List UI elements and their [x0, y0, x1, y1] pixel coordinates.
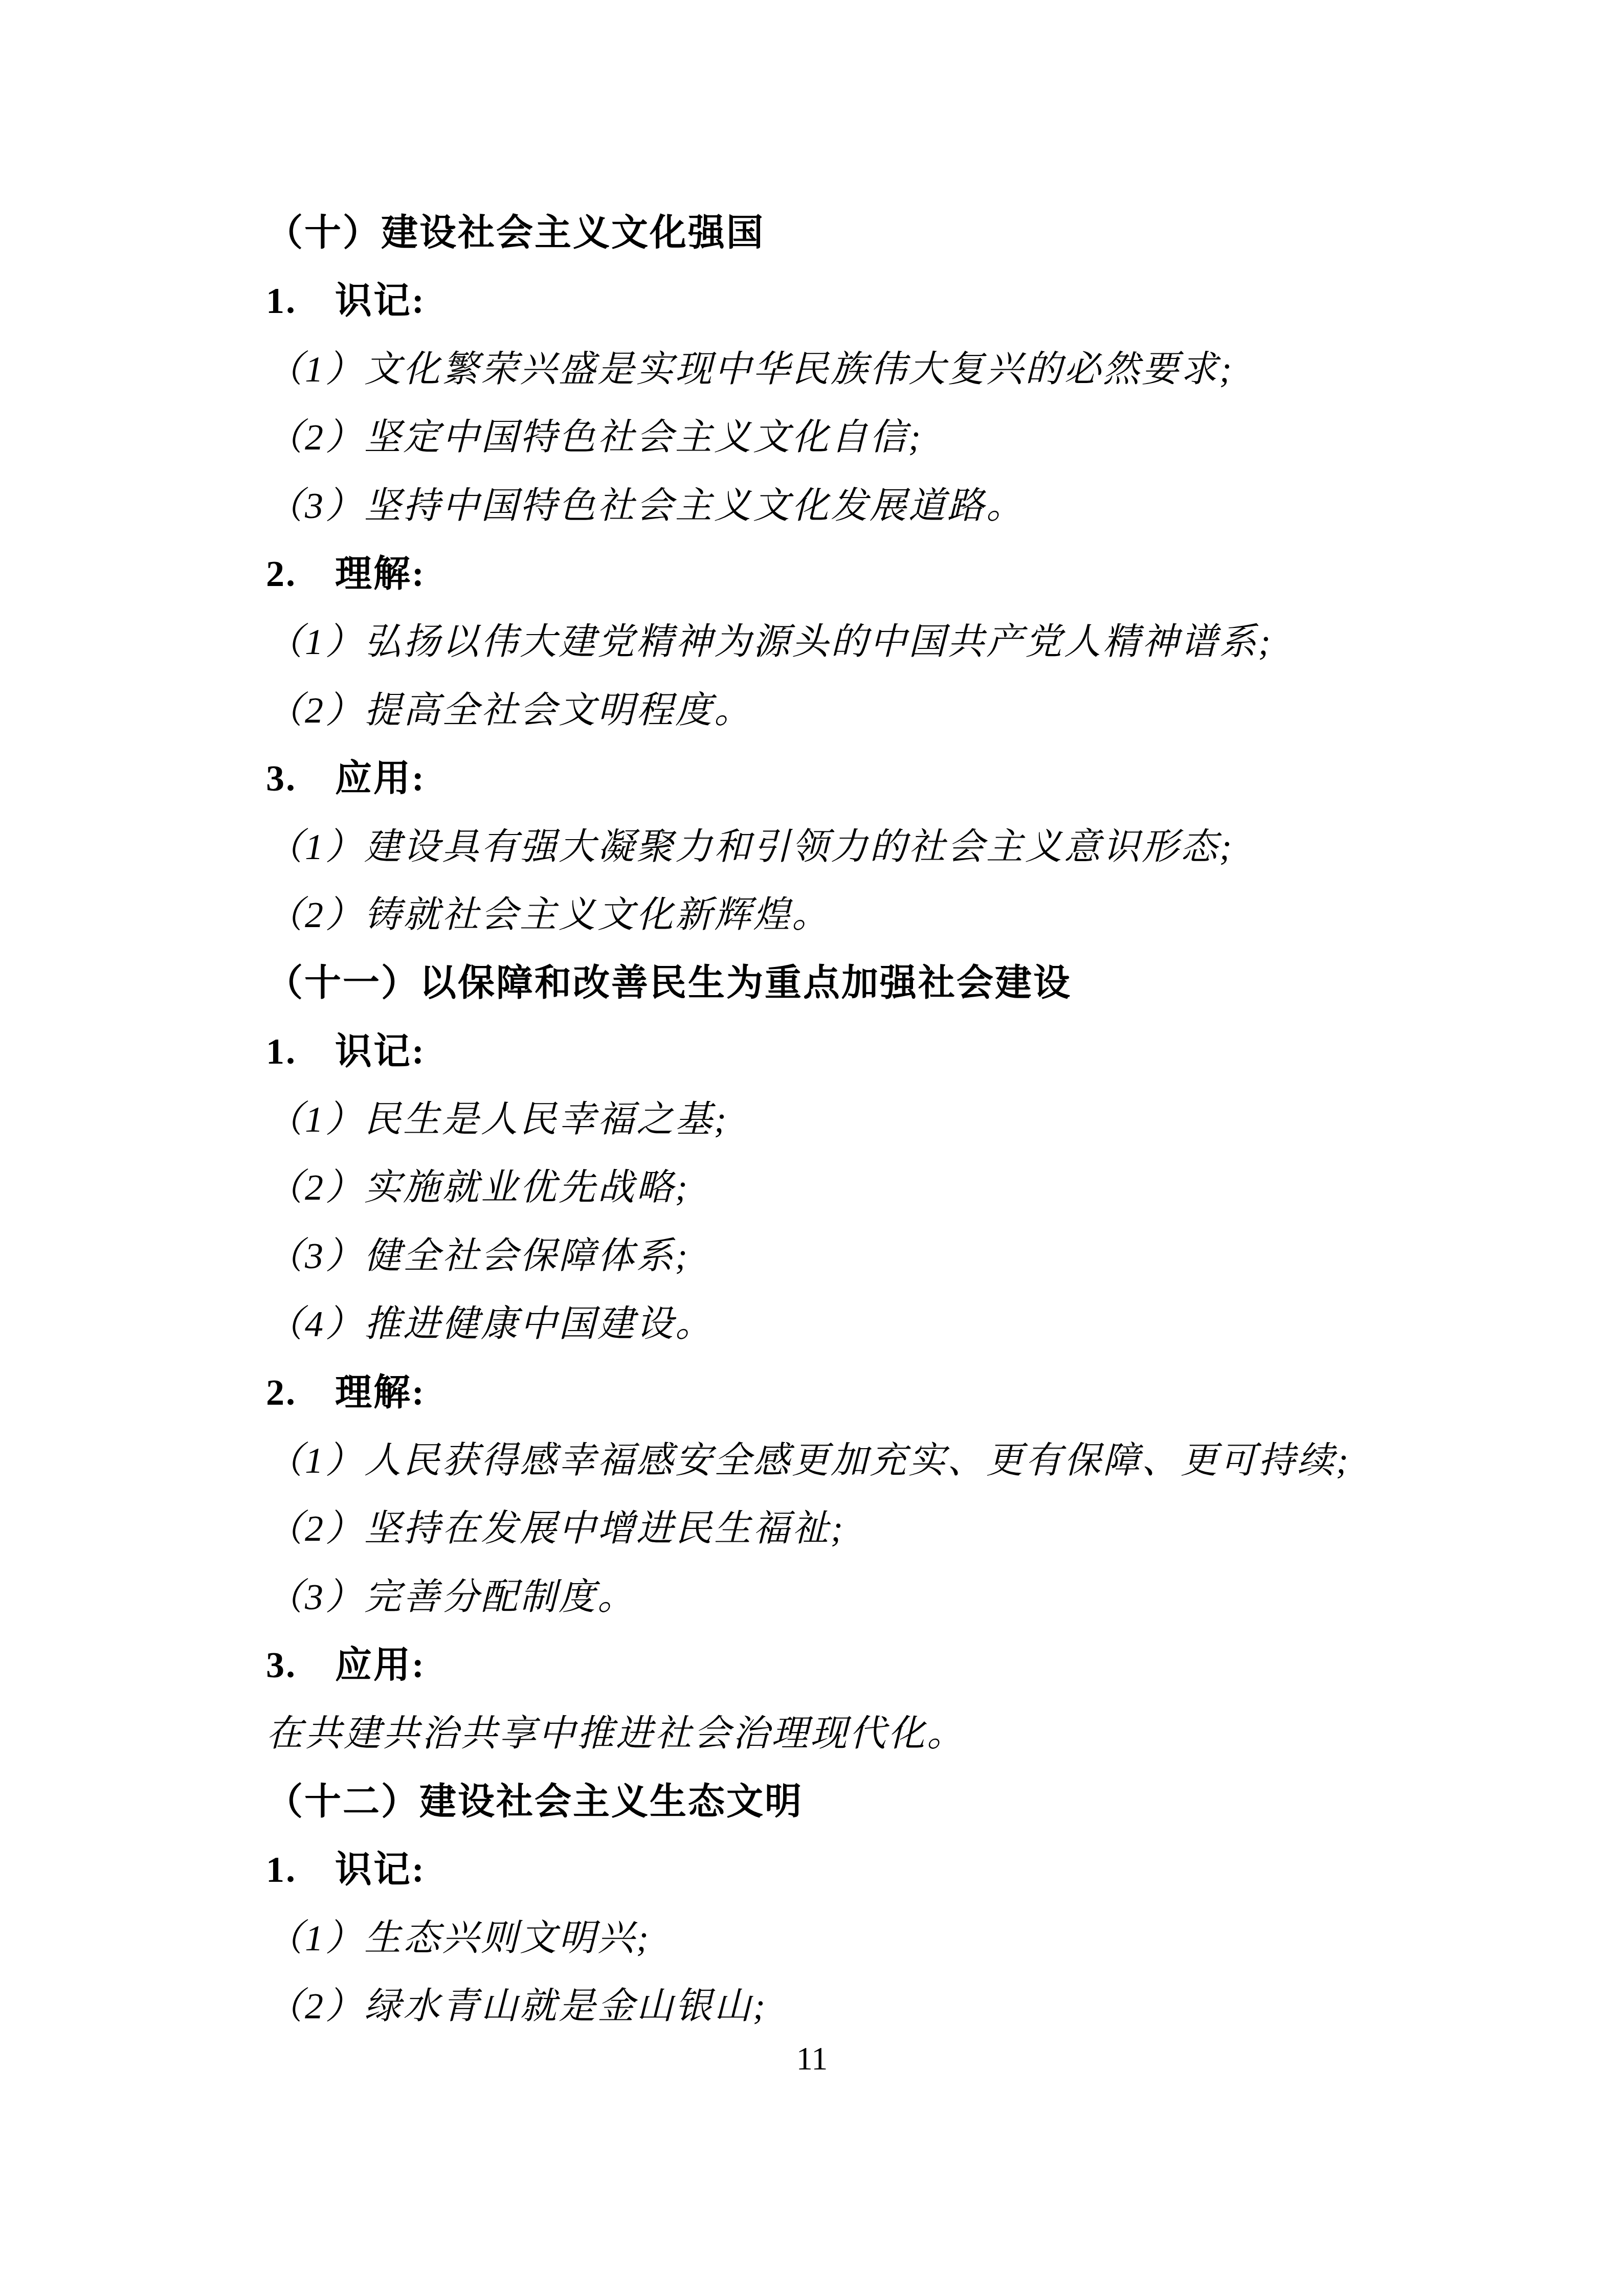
body-line: （3）完善分配制度。 — [266, 1563, 1350, 1631]
item-heading-line: 1. 识记: — [266, 267, 1350, 335]
item-heading-line: 3. 应用: — [266, 745, 1350, 813]
body-line: （2）铸就社会主义文化新辉煌。 — [266, 881, 1350, 949]
body-line: （3）坚持中国特色社会主义文化发展道路。 — [266, 472, 1350, 540]
item-heading-line: 1. 识记: — [266, 1836, 1350, 1904]
body-line: （2）实施就业优先战略; — [266, 1154, 1350, 1222]
section-heading-line: （十）建设社会主义文化强国 — [266, 199, 1350, 267]
item-heading-line: 2. 理解: — [266, 540, 1350, 608]
body-line: （1）弘扬以伟大建党精神为源头的中国共产党人精神谱系; — [266, 608, 1350, 676]
item-heading-line: 2. 理解: — [266, 1359, 1350, 1427]
body-line: （2）坚定中国特色社会主义文化自信; — [266, 403, 1350, 471]
body-line: （1）人民获得感幸福感安全感更加充实、更有保障、更可持续; — [266, 1427, 1350, 1495]
document-page: （十）建设社会主义文化强国1. 识记:（1）文化繁荣兴盛是实现中华民族伟大复兴的… — [0, 0, 1624, 2296]
item-heading-line: 3. 应用: — [266, 1631, 1350, 1699]
section-heading-line: （十二）建设社会主义生态文明 — [266, 1768, 1350, 1836]
page-number: 11 — [0, 2024, 1624, 2092]
body-line: （1）民生是人民幸福之基; — [266, 1086, 1350, 1154]
section-heading-line: （十一）以保障和改善民生为重点加强社会建设 — [266, 949, 1350, 1017]
body-line: （1）文化繁荣兴盛是实现中华民族伟大复兴的必然要求; — [266, 335, 1350, 403]
body-line: （1）生态兴则文明兴; — [266, 1904, 1350, 1972]
body-line: （3）健全社会保障体系; — [266, 1222, 1350, 1290]
body-line: （2）坚持在发展中增进民生福祉; — [266, 1495, 1350, 1563]
body-line: （4）推进健康中国建设。 — [266, 1290, 1350, 1358]
body-line: （2）提高全社会文明程度。 — [266, 677, 1350, 745]
body-line: （1）建设具有强大凝聚力和引领力的社会主义意识形态; — [266, 813, 1350, 881]
item-heading-line: 1. 识记: — [266, 1018, 1350, 1086]
body-line: 在共建共治共享中推进社会治理现代化。 — [266, 1700, 1350, 1768]
document-content: （十）建设社会主义文化强国1. 识记:（1）文化繁荣兴盛是实现中华民族伟大复兴的… — [266, 199, 1350, 2041]
